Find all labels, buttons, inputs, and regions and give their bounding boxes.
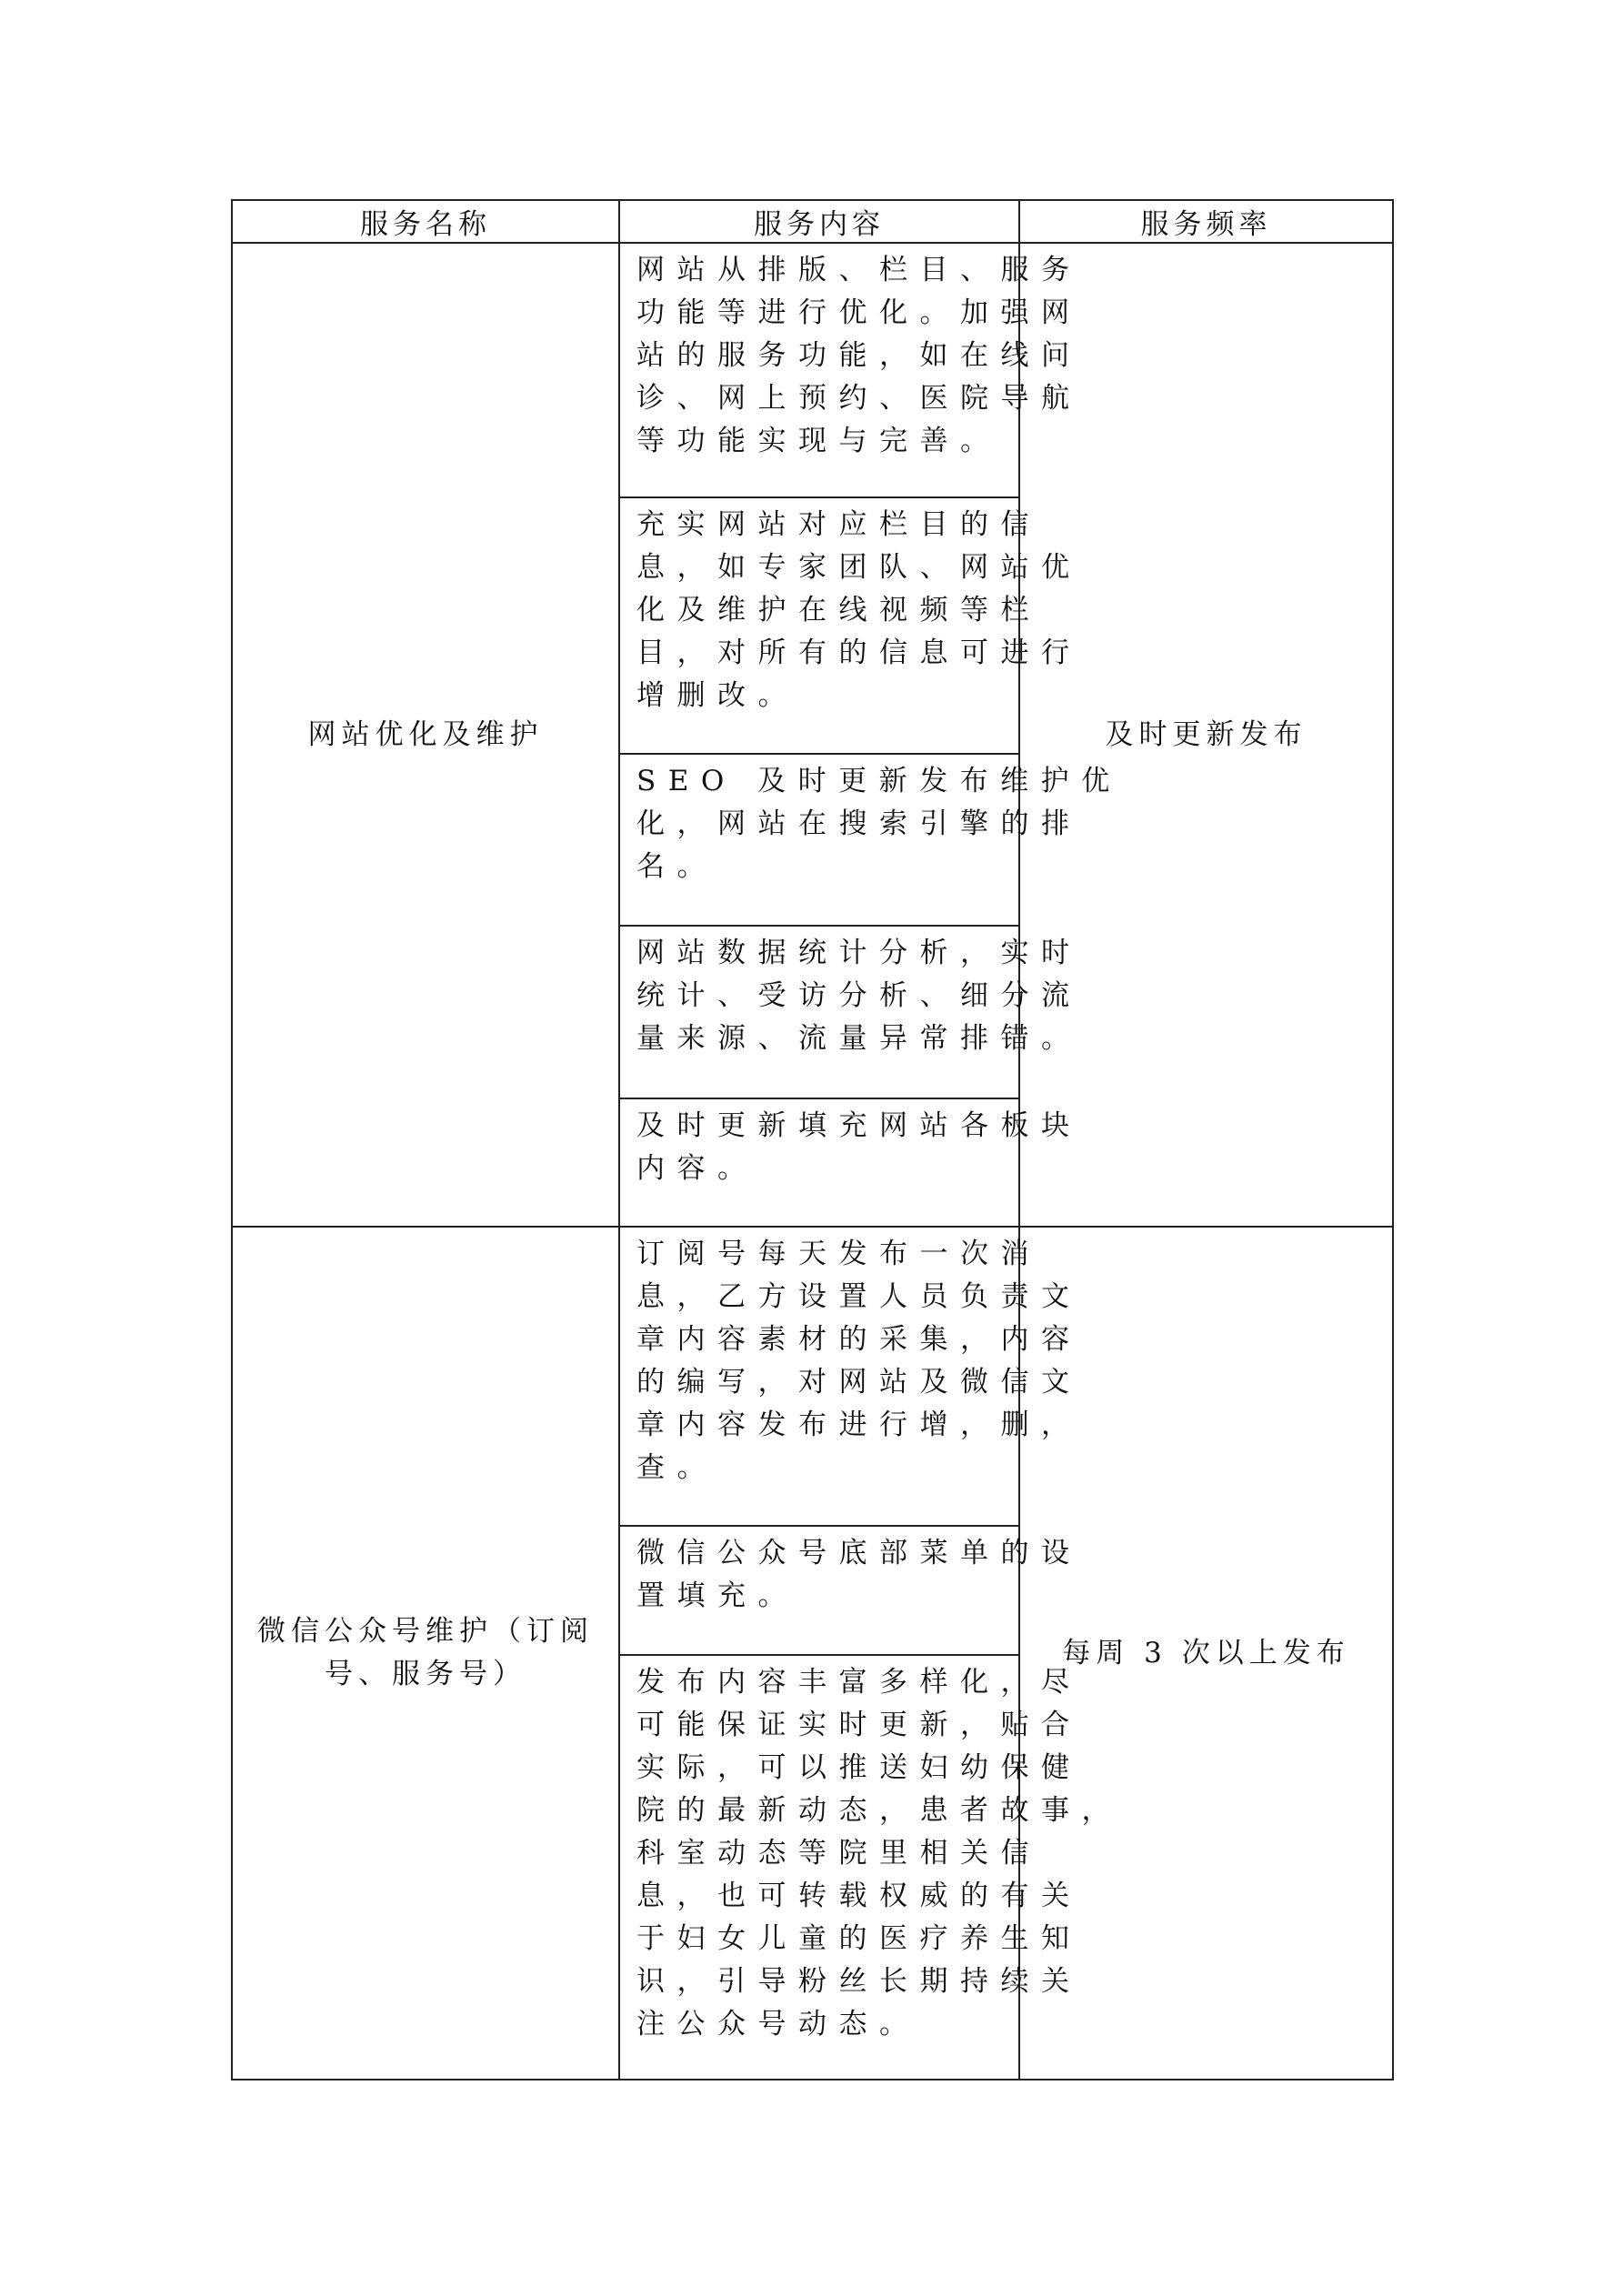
service-table: 服务名称 服务内容 服务频率 网站优化及维护 及时更新发布 网站从排版、栏目、服… — [231, 199, 1394, 2080]
service-name-line: 号、服务号） — [325, 1653, 526, 1696]
content-line: 等功能实现与完善。 — [636, 420, 1018, 463]
content-line: 可能保证实时更新，贴合 — [636, 1704, 1018, 1747]
content-line: 的编写，对网站及微信文 — [636, 1361, 1018, 1404]
content-line: 统计、受访分析、细分流 — [636, 975, 1018, 1018]
content-line: 及时更新填充网站各板块 — [636, 1105, 1018, 1148]
header-service-frequency: 服务频率 — [1020, 201, 1392, 242]
content-line: 目，对所有的信息可进行 — [636, 632, 1018, 675]
content-line: 发布内容丰富多样化，尽 — [636, 1661, 1018, 1704]
content-line: 于妇女儿童的医疗养生知 — [636, 1918, 1018, 1960]
frequency-text: 每周 3 次以上发布 — [1062, 1632, 1349, 1675]
content-line: 科室动态等院里相关信 — [636, 1832, 1018, 1875]
row-1-content-5: 及时更新填充网站各板块 内容。 — [620, 1099, 1018, 1226]
row-2-content-3: 发布内容丰富多样化，尽 可能保证实时更新，贴合 实际，可以推送妇幼保健 院的最新… — [620, 1656, 1018, 2079]
content-line: 息，如专家团队、网站优 — [636, 546, 1018, 589]
content-line: 化，网站在搜索引擎的排 — [636, 803, 1018, 846]
service-name-line: 网站优化及维护 — [308, 714, 544, 757]
row-1-content-1: 网站从排版、栏目、服务 功能等进行优化。加强网 站的服务功能，如在线问 诊、网上… — [620, 244, 1018, 496]
content-line: 充实网站对应栏目的信 — [636, 504, 1018, 546]
header-label: 服务内容 — [754, 201, 885, 242]
content-line: 注公众号动态。 — [636, 2003, 1018, 2046]
row-2-content-1: 订阅号每天发布一次消 息，乙方设置人员负责文 章内容素材的采集，内容 的编写，对… — [620, 1228, 1018, 1525]
content-line: 网站数据统计分析，实时 — [636, 932, 1018, 975]
content-line: 章内容发布进行增，删， — [636, 1404, 1018, 1447]
row-1-content-4: 网站数据统计分析，实时 统计、受访分析、细分流 量来源、流量异常排错。 — [620, 927, 1018, 1098]
content-line: 诊、网上预约、医院导航 — [636, 377, 1018, 420]
content-line: 订阅号每天发布一次消 — [636, 1233, 1018, 1276]
header-label: 服务名称 — [360, 201, 491, 242]
frequency-text: 及时更新发布 — [1106, 714, 1307, 757]
content-line: 量来源、流量异常排错。 — [636, 1018, 1018, 1060]
row-2-content-2: 微信公众号底部菜单的设 置填充。 — [620, 1527, 1018, 1654]
content-line: 实际，可以推送妇幼保健 — [636, 1747, 1018, 1790]
content-line: 院的最新动态，患者故事， — [636, 1790, 1018, 1832]
content-line: 查。 — [636, 1447, 1018, 1489]
row-2-service-name: 微信公众号维护（订阅 号、服务号） — [233, 1228, 618, 2079]
content-line: 网站从排版、栏目、服务 — [636, 249, 1018, 292]
content-line: 息，也可转载权威的有关 — [636, 1875, 1018, 1918]
row-1-service-name: 网站优化及维护 — [233, 244, 618, 1226]
content-line: SEO 及时更新发布维护优 — [636, 760, 1018, 803]
content-line: 化及维护在线视频等栏 — [636, 589, 1018, 632]
content-line: 置填充。 — [636, 1575, 1018, 1618]
content-line: 章内容素材的采集，内容 — [636, 1318, 1018, 1361]
content-line: 内容。 — [636, 1148, 1018, 1190]
row-1-content-3: SEO 及时更新发布维护优 化，网站在搜索引擎的排 名。 — [620, 755, 1018, 925]
content-line: 息，乙方设置人员负责文 — [636, 1276, 1018, 1318]
row-1-content-2: 充实网站对应栏目的信 息，如专家团队、网站优 化及维护在线视频等栏 目，对所有的… — [620, 498, 1018, 753]
content-line: 微信公众号底部菜单的设 — [636, 1532, 1018, 1575]
header-service-content: 服务内容 — [620, 201, 1018, 242]
content-line: 名。 — [636, 846, 1018, 888]
content-line: 识，引导粉丝长期持续关 — [636, 1960, 1018, 2003]
content-line: 功能等进行优化。加强网 — [636, 292, 1018, 335]
header-label: 服务频率 — [1141, 201, 1272, 242]
service-name-line: 微信公众号维护（订阅 — [257, 1610, 594, 1653]
header-service-name: 服务名称 — [233, 201, 618, 242]
content-line: 增删改。 — [636, 675, 1018, 717]
content-line: 站的服务功能，如在线问 — [636, 335, 1018, 377]
